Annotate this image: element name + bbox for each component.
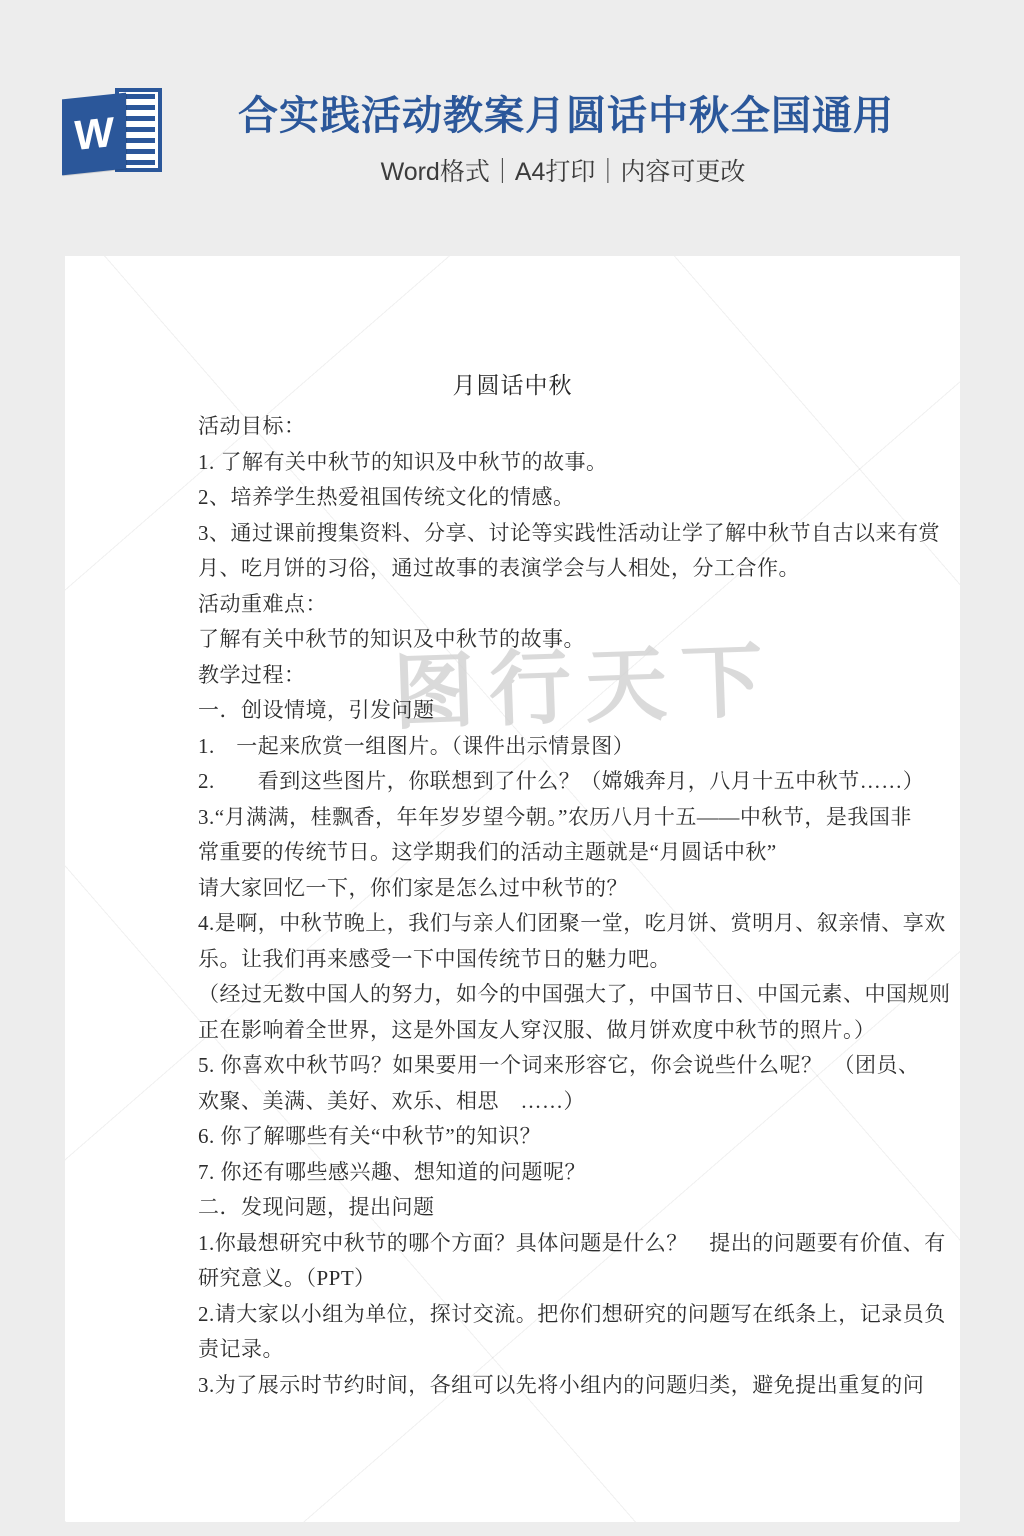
doc-line: 一．创设情境，引发问题 [198,693,846,729]
word-document-icon: W [62,86,162,180]
word-icon-flap: W [62,93,126,176]
doc-body: 活动目标： 1. 了解有关中秋节的知识及中秋节的故事。 2、培养学生热爱祖国传统… [198,409,846,1403]
doc-line: 4.是啊，中秋节晚上，我们与亲人们团聚一堂，吃月饼、赏明月、叙亲情、享欢 [198,906,846,942]
doc-line: 1. 了解有关中秋节的知识及中秋节的故事。 [198,445,846,481]
doc-line: 3、通过课前搜集资料、分享、讨论等实践性活动让学了解中秋节自古以来有赏 [198,516,846,552]
doc-line: 1.你最想研究中秋节的哪个方面？具体问题是什么？ 提出的问题要有价值、有 [198,1226,846,1262]
doc-line: 1. 一起来欣赏一组图片。（课件出示情景图） [198,729,846,765]
doc-line: 5. 你喜欢中秋节吗？如果要用一个词来形容它，你会说些什么呢？ （团员、 [198,1048,846,1084]
template-subtitle: Word格式｜A4打印｜内容可更改 [238,156,888,188]
doc-line: 常重要的传统节日。这学期我们的活动主题就是“月圆话中秋” [198,835,846,871]
doc-line: 2.请大家以小组为单位，探讨交流。把你们想研究的问题写在纸条上，记录员负 [198,1297,846,1333]
doc-line: （经过无数中国人的努力，如今的中国强大了，中国节日、中国元素、中国规则 [198,977,846,1013]
word-icon-letter: W [74,111,114,157]
doc-line: 欢聚、美满、美好、欢乐、相思 ……） [198,1084,846,1120]
doc-line: 7. 你还有哪些感兴趣、想知道的问题呢？ [198,1155,846,1191]
doc-line: 月、吃月饼的习俗，通过故事的表演学会与人相处，分工合作。 [198,551,846,587]
doc-line: 6. 你了解哪些有关“中秋节”的知识？ [198,1119,846,1155]
doc-line: 3.为了展示时节约时间，各组可以先将小组内的问题归类，避免提出重复的问 [198,1368,846,1404]
doc-line: 责记录。 [198,1332,846,1368]
doc-line: 二．发现问题，提出问题 [198,1190,846,1226]
doc-line: 教学过程： [198,658,846,694]
header: W 合实践活动教案月圆话中秋全国通用 Word格式｜A4打印｜内容可更改 [0,0,1024,256]
doc-title: 月圆话中秋 [65,372,960,400]
doc-line: 正在影响着全世界，这是外国友人穿汉服、做月饼欢度中秋节的照片。） [198,1013,846,1049]
document-page: 图行天下 月圆话中秋 活动目标： 1. 了解有关中秋节的知识及中秋节的故事。 2… [65,256,960,1522]
doc-line: 了解有关中秋节的知识及中秋节的故事。 [198,622,846,658]
doc-line: 乐。让我们再来感受一下中国传统节日的魅力吧。 [198,942,846,978]
template-title: 合实践活动教案月圆话中秋全国通用 [238,92,888,140]
doc-line: 活动目标： [198,409,846,445]
doc-line: 2、培养学生热爱祖国传统文化的情感。 [198,480,846,516]
doc-line: 3.“月满满，桂飘香，年年岁岁望今朝。”农历八月十五——中秋节，是我国非 [198,800,846,836]
doc-line: 2. 看到这些图片，你联想到了什么？（嫦娥奔月，八月十五中秋节……） [198,764,846,800]
doc-line: 活动重难点： [198,587,846,623]
doc-line: 研究意义。（PPT） [198,1261,846,1297]
doc-line: 请大家回忆一下，你们家是怎么过中秋节的？ [198,871,846,907]
